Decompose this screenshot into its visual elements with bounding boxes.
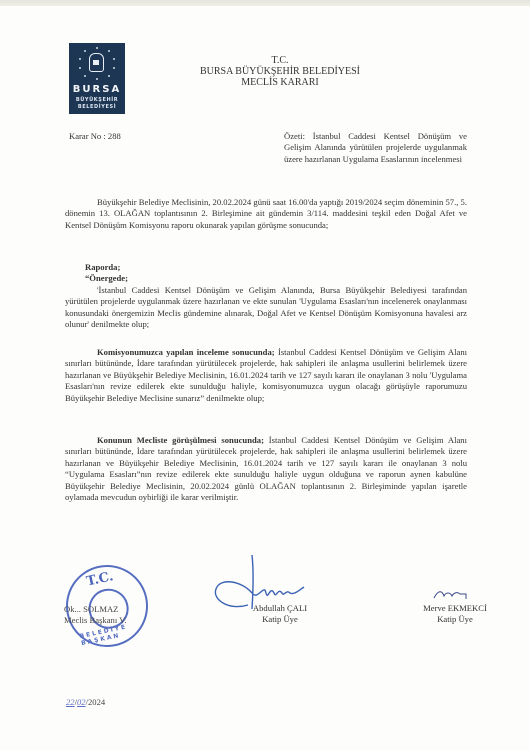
logo-star-icon bbox=[113, 58, 115, 60]
decision-summary: Özeti: İstanbul Caddesi Kentsel Dönüşüm … bbox=[284, 131, 467, 165]
document-header: T.C. BURSA BÜYÜKŞEHİR BELEDİYESİ MECLİS … bbox=[180, 55, 380, 88]
bursa-logo: BURSA BÜYÜKŞEHİR BELEDİYESİ bbox=[69, 43, 125, 114]
logo-star-icon bbox=[84, 50, 86, 52]
signer-name: Merve EKMEKCİ bbox=[405, 603, 505, 614]
signature-block-clerk-2: Merve EKMEKCİ Katip Üye bbox=[405, 603, 505, 625]
council-text: İstanbul Caddesi Kentsel Dönüşüm ve Geli… bbox=[65, 435, 467, 502]
date-day: 22 bbox=[66, 697, 75, 707]
report-heading: Raporda; bbox=[85, 262, 120, 272]
logo-star-icon bbox=[96, 78, 98, 80]
stamp-tc: T.C. bbox=[85, 569, 115, 589]
decision-number: Karar No : 288 bbox=[69, 131, 121, 141]
signature-block-chair: Ok... SOLMAZ Meclis Başkanı V. bbox=[64, 604, 174, 625]
header-institution: BURSA BÜYÜKŞEHİR BELEDİYESİ bbox=[180, 66, 380, 77]
logo-star-icon bbox=[108, 50, 110, 52]
signature-block-clerk-1: Abdullah ÇALI Katip Üye bbox=[230, 603, 330, 625]
signature-merve-ekmekci bbox=[432, 588, 472, 600]
intro-paragraph: Büyükşehir Belediye Meclisinin, 20.02.20… bbox=[65, 197, 467, 231]
council-label: Konunun Mecliste görüşülmesi sonucunda; bbox=[97, 435, 264, 445]
logo-star-icon bbox=[79, 58, 81, 60]
crest-icon bbox=[89, 53, 104, 72]
signer-title: Katip Üye bbox=[230, 614, 330, 625]
logo-star-icon bbox=[84, 75, 86, 77]
header-doc-type: MECLİS KARARI bbox=[180, 77, 380, 88]
date-year: 2024 bbox=[88, 697, 105, 707]
signer-title: Meclis Başkanı V. bbox=[64, 615, 174, 626]
motion-text: 'İstanbul Caddesi Kentsel Dönüşüm ve Gel… bbox=[65, 285, 467, 329]
logo-star-icon bbox=[79, 67, 81, 69]
header-tc: T.C. bbox=[180, 55, 380, 66]
signer-name: Abdullah ÇALI bbox=[230, 603, 330, 614]
logo-subtitle-1: BÜYÜKŞEHİR bbox=[69, 97, 125, 103]
logo-subtitle-2: BELEDİYESİ bbox=[69, 104, 125, 110]
commission-paragraph: Komisyonumuzca yapılan inceleme sonucund… bbox=[65, 347, 467, 404]
motion-heading: “Önergede; bbox=[85, 273, 128, 283]
signer-title: Katip Üye bbox=[405, 614, 505, 625]
motion-paragraph: 'İstanbul Caddesi Kentsel Dönüşüm ve Gel… bbox=[65, 285, 467, 331]
council-paragraph: Konunun Mecliste görüşülmesi sonucunda; … bbox=[65, 435, 467, 503]
commission-label: Komisyonumuzca yapılan inceleme sonucund… bbox=[97, 347, 275, 357]
signer-name: Ok... SOLMAZ bbox=[64, 604, 174, 615]
logo-star-icon bbox=[108, 75, 110, 77]
intro-text: Büyükşehir Belediye Meclisinin, 20.02.20… bbox=[65, 197, 467, 230]
logo-star-icon bbox=[113, 67, 115, 69]
date-month: 02 bbox=[77, 697, 86, 707]
logo-title: BURSA bbox=[69, 84, 125, 95]
logo-star-icon bbox=[96, 47, 98, 49]
document-date: 22/02/2024 bbox=[66, 697, 105, 707]
